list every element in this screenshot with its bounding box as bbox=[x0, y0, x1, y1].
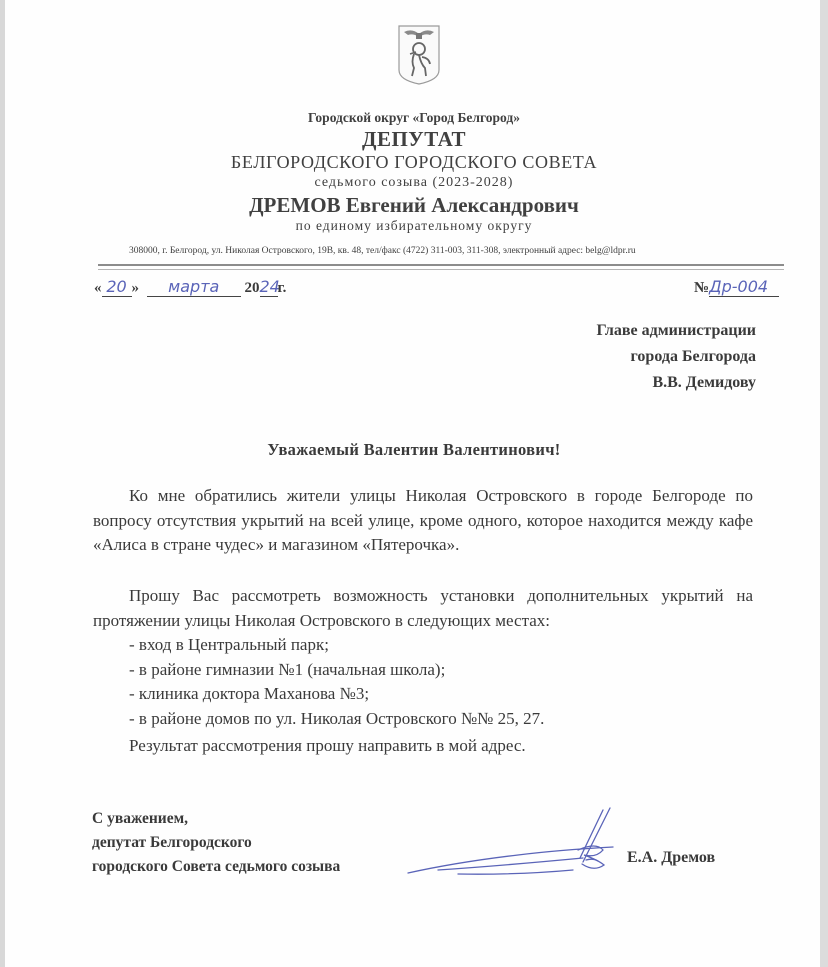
contact-line: 308000, г. Белгород, ул. Николая Островс… bbox=[129, 246, 724, 256]
date-month: марта bbox=[147, 277, 241, 297]
registration-number: №Др-004 bbox=[694, 277, 779, 297]
signoff-line-1: С уважением, bbox=[92, 807, 340, 831]
convocation: седьмого созыва (2023-2028) bbox=[0, 175, 828, 191]
handwritten-signature-icon bbox=[398, 800, 623, 880]
salutation: Уважаемый Валентин Валентинович! bbox=[0, 440, 828, 460]
okrug-heading: Городской округ «Город Белгород» bbox=[0, 110, 828, 126]
body-paragraph-1: Ко мне обратились жители улицы Николая О… bbox=[93, 484, 753, 558]
signoff-line-3: городского Совета седьмого созыва bbox=[92, 855, 340, 879]
addressee-block: Главе администрации города Белгорода В.В… bbox=[597, 318, 756, 396]
location-item: - в районе домов по ул. Николая Островск… bbox=[93, 707, 753, 732]
date-day: 20 bbox=[102, 277, 132, 297]
location-item: - в районе гимназии №1 (начальная школа)… bbox=[93, 658, 753, 683]
body-paragraph-2: Прошу Вас рассмотреть возможность устано… bbox=[93, 584, 753, 633]
deputy-title: ДЕПУТАТ bbox=[0, 127, 828, 152]
date-open-quote: « bbox=[94, 280, 102, 296]
location-list: - вход в Центральный парк; - в районе ги… bbox=[93, 633, 753, 731]
date-year-suffix: 24 bbox=[260, 277, 278, 297]
signoff-line-2: депутат Белгородского bbox=[92, 831, 340, 855]
date-year-mark: г. bbox=[278, 280, 287, 296]
closing-request: Результат рассмотрения прошу направить в… bbox=[93, 734, 789, 759]
reg-number-value: Др-004 bbox=[709, 277, 779, 297]
signature-block: С уважением, депутат Белгородского город… bbox=[92, 807, 340, 879]
deputy-name: ДРЕМОВ Евгений Александрович bbox=[0, 193, 828, 218]
addressee-line-1: Главе администрации bbox=[597, 318, 756, 344]
letter-date: «20» марта 2024г. bbox=[94, 277, 286, 297]
addressee-line-2: города Белгорода bbox=[597, 344, 756, 370]
council-name: БЕЛГОРОДСКОГО ГОРОДСКОГО СОВЕТА bbox=[0, 152, 828, 173]
reg-number-label: № bbox=[694, 280, 709, 296]
date-close-quote: » bbox=[132, 280, 140, 296]
date-year-prefix: 20 bbox=[245, 280, 260, 296]
location-item: - вход в Центральный парк; bbox=[93, 633, 753, 658]
coat-of-arms-icon bbox=[397, 24, 441, 86]
location-item: - клиника доктора Маханова №3; bbox=[93, 682, 753, 707]
signer-name: Е.А. Дремов bbox=[627, 849, 715, 867]
header-divider bbox=[98, 264, 784, 270]
addressee-line-3: В.В. Демидову bbox=[597, 370, 756, 396]
electoral-district: по единому избирательному округу bbox=[0, 218, 828, 234]
